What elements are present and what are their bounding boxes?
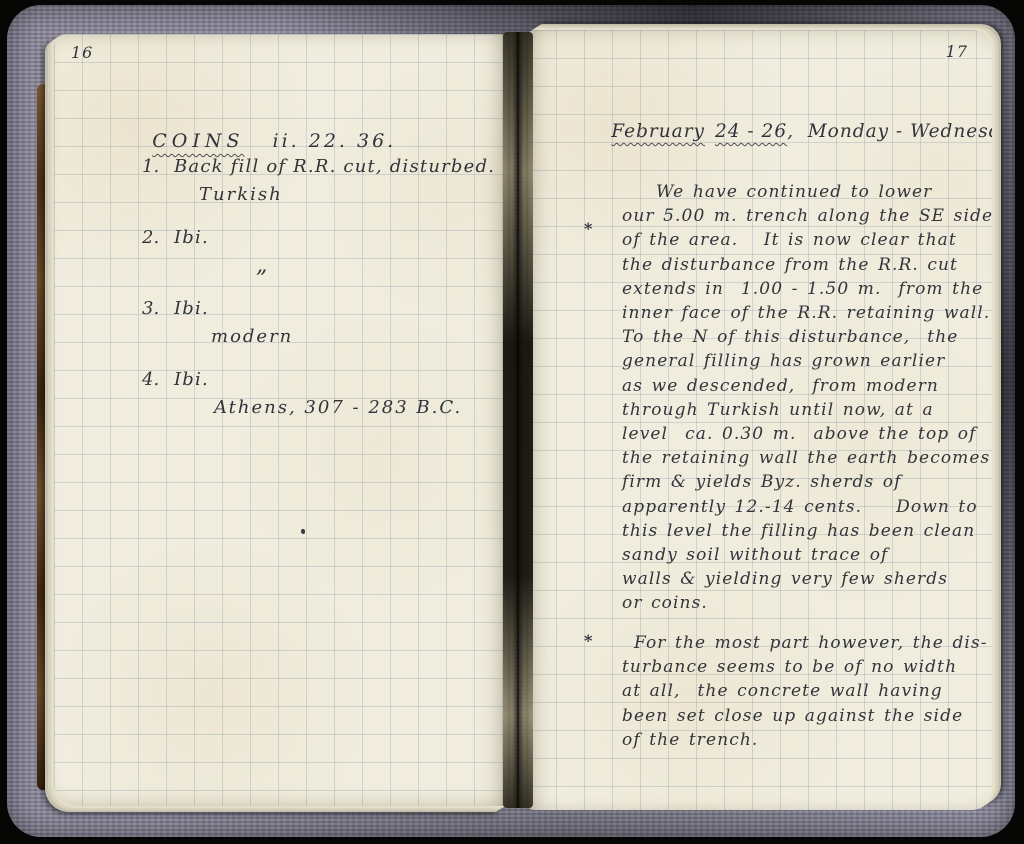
coin-item-subtext: Athens, 307 - 283 B.C. bbox=[214, 395, 495, 421]
handwritten-line: level ca. 0.30 m. above the top of bbox=[622, 422, 992, 446]
handwritten-line: this level the filling has been clean bbox=[622, 519, 992, 543]
coin-item-label: Ibi. bbox=[174, 298, 209, 319]
handwritten-line: been set close up against the side bbox=[622, 704, 988, 728]
diary-paragraph: For the most part however, the dis- turb… bbox=[622, 631, 988, 752]
coin-item-number: 2. bbox=[142, 225, 174, 251]
coin-item-main: 1.Back fill of R.R. cut, disturbed. bbox=[142, 154, 495, 180]
date-heading-month: February bbox=[611, 121, 705, 142]
coin-item-number: 4. bbox=[142, 367, 174, 393]
coin-item-main: 4.Ibi. bbox=[142, 367, 495, 393]
notebook-photo: 16 COINSii. 22. 36. 1.Back fill of R.R. … bbox=[0, 0, 1024, 844]
coins-heading-word: COINS bbox=[152, 130, 244, 152]
handwritten-line: as we descended, from modern bbox=[622, 374, 992, 398]
date-heading: February24 - 26, Monday - Wednesday. bbox=[570, 100, 992, 163]
handwritten-line: sandy soil without trace of bbox=[622, 543, 992, 567]
margin-asterisk: * bbox=[584, 219, 592, 238]
coin-item-subtext: modern bbox=[211, 324, 495, 350]
coin-item-label: Back fill of R.R. cut, disturbed. bbox=[174, 156, 495, 177]
binding-gutter bbox=[503, 32, 533, 808]
handwritten-line: or coins. bbox=[622, 591, 992, 615]
handwritten-line: firm & yields Byz. sherds of bbox=[622, 470, 992, 494]
handwritten-line: the disturbance from the R.R. cut bbox=[622, 253, 992, 277]
coin-list-item: 3.Ibi. modern bbox=[142, 296, 495, 350]
handwritten-line: We have continued to lower bbox=[622, 180, 992, 204]
ink-dot bbox=[301, 529, 305, 534]
handwritten-line: the retaining wall the earth becomes bbox=[622, 446, 992, 470]
handwritten-line: our 5.00 m. trench along the SE side bbox=[622, 204, 992, 228]
coin-item-main: 2.Ibi. bbox=[142, 225, 495, 251]
coin-item-subtext: Turkish bbox=[199, 182, 495, 208]
right-page: 17 February24 - 26, Monday - Wednesday. … bbox=[528, 30, 992, 810]
coin-item-main: 3.Ibi. bbox=[142, 296, 495, 322]
date-heading-rest: , Monday - Wednesday. bbox=[787, 121, 992, 142]
coin-item-label: Ibi. bbox=[174, 369, 209, 390]
handwritten-line: walls & yielding very few sherds bbox=[622, 567, 992, 591]
handwritten-line: general filling has grown earlier bbox=[622, 349, 992, 373]
handwritten-line: extends in 1.00 - 1.50 m. from the bbox=[622, 277, 992, 301]
coin-item-subtext: „ bbox=[256, 253, 495, 279]
page-number-left: 16 bbox=[71, 43, 93, 62]
handwritten-line: of the area. It is now clear that bbox=[622, 228, 992, 252]
handwritten-line: For the most part however, the dis- bbox=[622, 631, 988, 655]
diary-paragraph: We have continued to lower our 5.00 m. t… bbox=[622, 180, 992, 616]
coin-list-item: 1.Back fill of R.R. cut, disturbed. Turk… bbox=[142, 154, 495, 208]
date-heading-days: 24 - 26 bbox=[715, 121, 787, 142]
coin-item-number: 3. bbox=[142, 296, 174, 322]
handwritten-line: apparently 12.-14 cents. Down to bbox=[622, 495, 992, 519]
coin-list-item: 4.Ibi. Athens, 307 - 283 B.C. bbox=[142, 367, 495, 421]
coin-list-item: 2.Ibi. „ bbox=[142, 225, 495, 279]
handwritten-line: at all, the concrete wall having bbox=[622, 679, 988, 703]
coin-item-label: Ibi. bbox=[174, 227, 209, 248]
handwritten-line: inner face of the R.R. retaining wall. bbox=[622, 301, 992, 325]
handwritten-line: turbance seems to be of no width bbox=[622, 655, 988, 679]
page-number-right: 17 bbox=[946, 42, 968, 61]
handwritten-line: To the N of this disturbance, the bbox=[622, 325, 992, 349]
coins-heading-date: ii. 22. 36. bbox=[273, 130, 397, 152]
coin-item-number: 1. bbox=[142, 154, 174, 180]
coin-list: 1.Back fill of R.R. cut, disturbed. Turk… bbox=[142, 154, 495, 438]
handwritten-line: through Turkish until now, at a bbox=[622, 398, 992, 422]
handwritten-line: of the trench. bbox=[622, 728, 988, 752]
left-page: 16 COINSii. 22. 36. 1.Back fill of R.R. … bbox=[54, 34, 508, 806]
margin-asterisk: * bbox=[584, 631, 592, 650]
